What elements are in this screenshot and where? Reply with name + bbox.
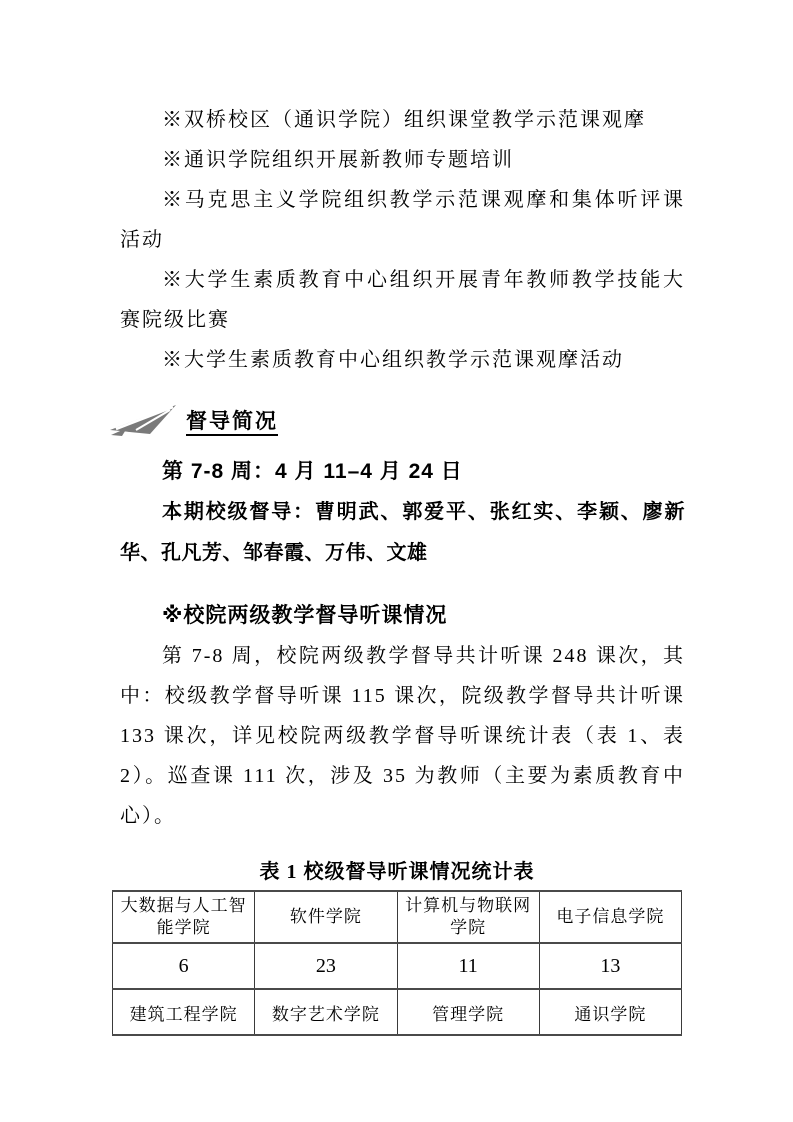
table-cell: 计算机与物联网学院 — [397, 891, 539, 943]
table-cell: 建筑工程学院 — [113, 989, 255, 1035]
table-cell: 管理学院 — [397, 989, 539, 1035]
table-cell: 软件学院 — [255, 891, 397, 943]
bullet-item: ※大学生素质教育中心组织教学示范课观摩活动 — [120, 340, 685, 380]
section-title: 督导简况 — [186, 405, 278, 435]
table-cell: 电子信息学院 — [539, 891, 681, 943]
body-paragraph: 第 7-8 周，校院两级教学督导共计听课 248 课次，其中：校级教学督导听课 … — [120, 636, 685, 836]
table-cell: 通识学院 — [539, 989, 681, 1035]
table-cell: 13 — [539, 943, 681, 989]
table-cell: 23 — [255, 943, 397, 989]
week-range-line: 第 7-8 周：4 月 11–4 月 24 日 — [120, 452, 685, 492]
table-row: 6 23 11 13 — [113, 943, 682, 989]
bullet-item: ※大学生素质教育中心组织开展青年教师教学技能大赛院级比赛 — [120, 260, 685, 340]
section-heading: 督导简况 — [110, 396, 685, 444]
supervisors-line: 本期校级督导：曹明武、郭爱平、张红实、李颖、廖新华、孔凡芳、邹春霞、万伟、文雄 — [120, 492, 685, 574]
table-cell: 大数据与人工智能学院 — [113, 891, 255, 943]
bullet-item: ※通识学院组织开展新教师专题培训 — [120, 140, 685, 180]
table-row: 建筑工程学院 数字艺术学院 管理学院 通识学院 — [113, 989, 682, 1035]
table-caption: 表 1 校级督导听课情况统计表 — [112, 858, 682, 886]
table-cell: 11 — [397, 943, 539, 989]
table-cell: 数字艺术学院 — [255, 989, 397, 1035]
subsection-heading: ※校院两级教学督导听课情况 — [120, 595, 685, 636]
table-cell: 6 — [113, 943, 255, 989]
document-body: ※双桥校区（通识学院）组织课堂教学示范课观摩 ※通识学院组织开展新教师专题培训 … — [0, 0, 793, 1036]
paper-plane-icon — [110, 403, 178, 437]
bullet-item: ※双桥校区（通识学院）组织课堂教学示范课观摩 — [120, 100, 685, 140]
table-row: 大数据与人工智能学院 软件学院 计算机与物联网学院 电子信息学院 — [113, 891, 682, 943]
bullet-item: ※马克思主义学院组织教学示范课观摩和集体听评课活动 — [120, 180, 685, 260]
document-page: ※双桥校区（通识学院）组织课堂教学示范课观摩 ※通识学院组织开展新教师专题培训 … — [0, 0, 793, 1122]
supervision-stats-table: 大数据与人工智能学院 软件学院 计算机与物联网学院 电子信息学院 6 23 11… — [112, 890, 682, 1036]
